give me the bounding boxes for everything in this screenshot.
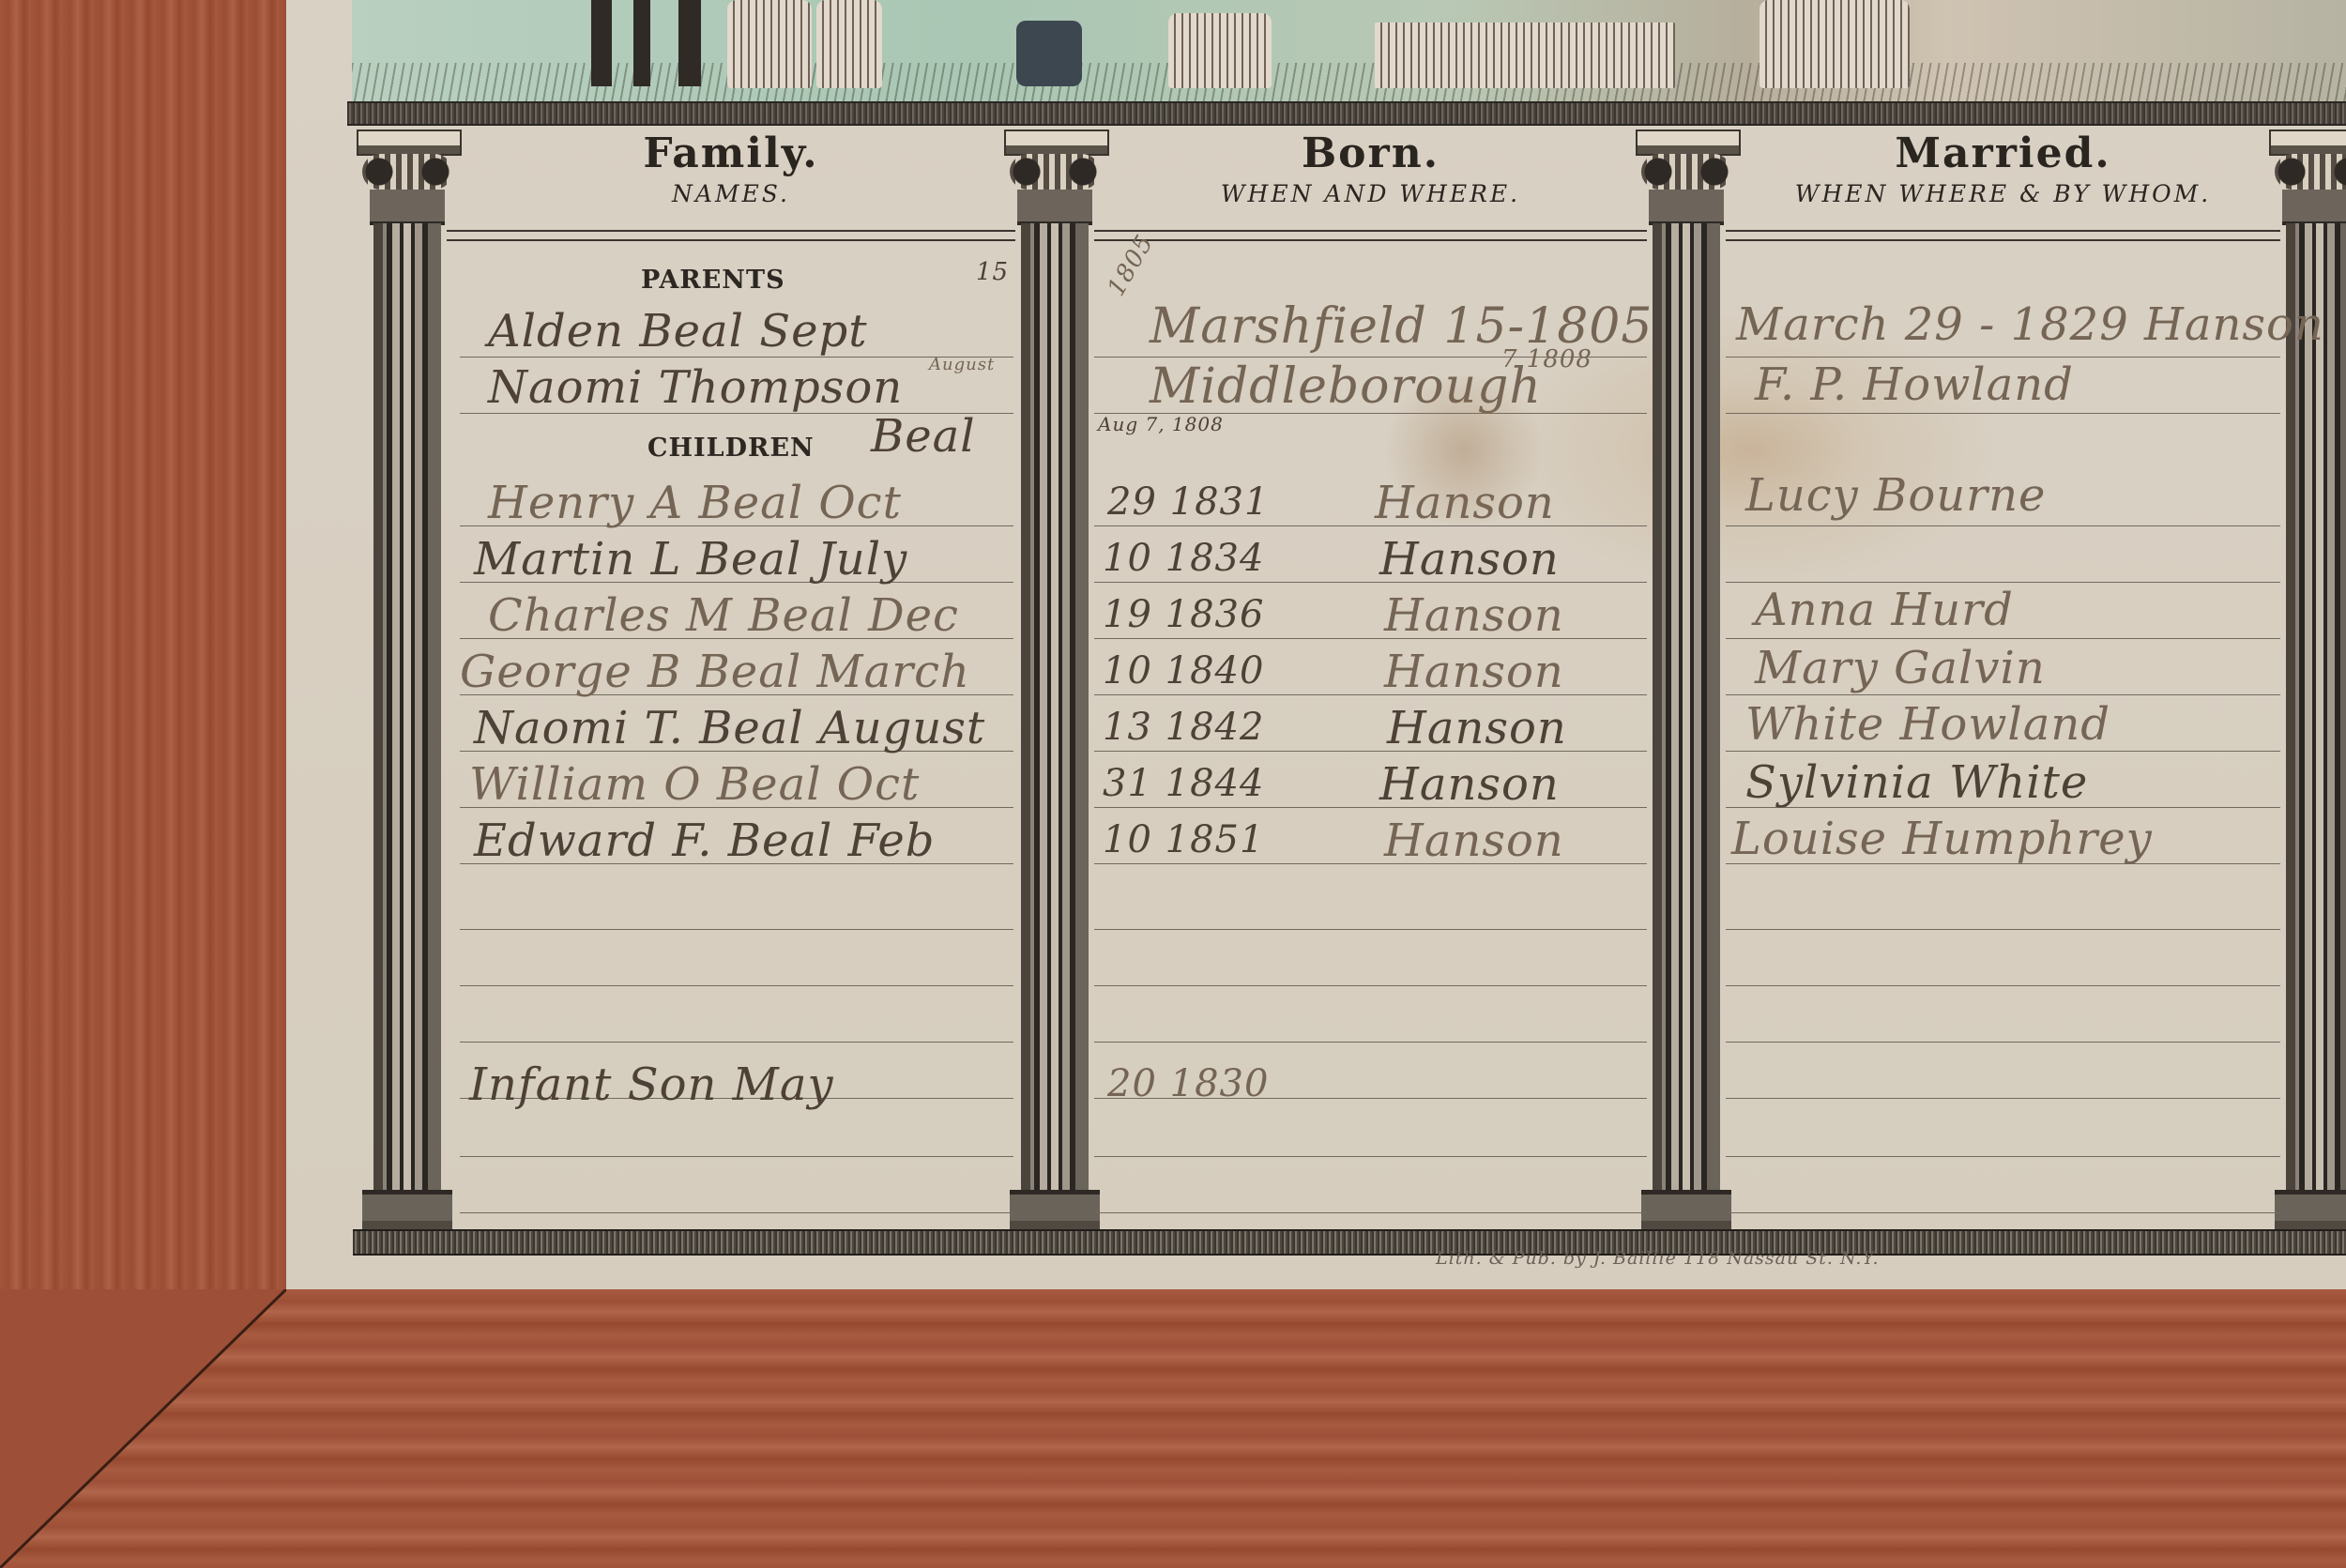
child-born-date: 19 1836 bbox=[1103, 593, 1264, 636]
illustration-frame-bar bbox=[347, 101, 2346, 126]
child-married: White Howland bbox=[1745, 698, 2110, 751]
illustration-figure-legs bbox=[633, 0, 650, 86]
parent-name: Alden Beal Sept bbox=[488, 305, 868, 358]
child-born-place: Hanson bbox=[1379, 533, 1560, 586]
pillar-1 bbox=[368, 129, 447, 1229]
born-extra-note: Aug 7, 1808 bbox=[1098, 413, 1224, 435]
illustration-dress bbox=[727, 0, 812, 88]
illustration-dress bbox=[1759, 0, 1910, 88]
child-name: George B Beal March bbox=[460, 646, 970, 698]
child-married: Mary Galvin bbox=[1755, 642, 2046, 694]
child-name: Edward F. Beal Feb bbox=[474, 814, 935, 867]
publisher-imprint: Lith. & Pub. by J. Baillie 118 Nassau St… bbox=[1436, 1248, 1880, 1269]
illustration-table bbox=[1375, 23, 1675, 88]
illustration-dress bbox=[816, 0, 882, 88]
illustration-seated-figure bbox=[1016, 21, 1082, 86]
parent-married: F. P. Howland bbox=[1755, 358, 2074, 411]
child-name: Martin L Beal July bbox=[474, 533, 907, 586]
ionic-capital-icon bbox=[1641, 154, 1731, 190]
illustration-dress bbox=[1168, 13, 1272, 88]
header-married-title: Married. bbox=[1726, 131, 2280, 176]
child-married: Lucy Bourne bbox=[1745, 469, 2046, 522]
child-married: Louise Humphrey bbox=[1731, 813, 2153, 865]
illustration-figure-legs bbox=[678, 0, 701, 86]
child-name: Henry A Beal Oct bbox=[488, 477, 902, 529]
parent-married: March 29 - 1829 Hanson bbox=[1736, 298, 2324, 351]
child-born-date: 10 1851 bbox=[1103, 818, 1264, 861]
infant-born-date: 20 1830 bbox=[1107, 1062, 1269, 1105]
illustration-grass bbox=[352, 63, 2346, 105]
header-rule bbox=[1094, 239, 1647, 241]
pillar-4 bbox=[2280, 129, 2346, 1229]
child-born-date: 10 1840 bbox=[1103, 649, 1264, 693]
parent-month-note: August bbox=[929, 355, 995, 374]
child-name: Charles M Beal Dec bbox=[488, 589, 959, 642]
ionic-capital-icon bbox=[362, 154, 452, 190]
child-born-date: 29 1831 bbox=[1107, 480, 1269, 524]
header-rule bbox=[1726, 239, 2280, 241]
child-born-place: Hanson bbox=[1384, 814, 1564, 867]
child-born-place: Hanson bbox=[1379, 758, 1560, 811]
parent-name: Naomi Thompson bbox=[488, 361, 903, 414]
header-married: Married. WHEN WHERE & BY WHOM. bbox=[1726, 131, 2280, 207]
children-label: CHILDREN bbox=[647, 434, 815, 463]
child-born-date: 13 1842 bbox=[1103, 706, 1264, 749]
pillar-base-bar bbox=[353, 1229, 2346, 1256]
child-born-place: Hanson bbox=[1387, 702, 1567, 754]
child-name: Naomi T. Beal August bbox=[474, 702, 985, 754]
pillar-2 bbox=[1015, 129, 1094, 1229]
children-surname-note: Beal bbox=[871, 410, 976, 463]
header-rule bbox=[447, 239, 1015, 241]
header-rule bbox=[447, 230, 1015, 232]
header-rule bbox=[1094, 230, 1647, 232]
ionic-capital-icon bbox=[1010, 154, 1100, 190]
child-married: Sylvinia White bbox=[1745, 756, 2088, 809]
ionic-capital-icon bbox=[2275, 154, 2346, 190]
parents-label: PARENTS bbox=[641, 266, 785, 295]
child-born-place: Hanson bbox=[1384, 589, 1564, 642]
header-family: Family. NAMES. bbox=[447, 131, 1015, 207]
parent-day-note: 15 bbox=[976, 258, 1009, 286]
header-family-subtitle: NAMES. bbox=[447, 180, 1015, 207]
illustration-figure-legs bbox=[591, 0, 612, 86]
parent-born-date-note: 7 1808 bbox=[1501, 345, 1592, 373]
illustration-band bbox=[352, 0, 2346, 105]
header-born-title: Born. bbox=[1094, 131, 1647, 176]
child-born-place: Hanson bbox=[1384, 646, 1564, 698]
child-born-date: 10 1834 bbox=[1103, 537, 1264, 580]
header-married-subtitle: WHEN WHERE & BY WHOM. bbox=[1726, 180, 2280, 207]
header-born-subtitle: WHEN AND WHERE. bbox=[1094, 180, 1647, 207]
pillar-3 bbox=[1647, 129, 1726, 1229]
child-name: William O Beal Oct bbox=[469, 758, 920, 811]
header-born: Born. WHEN AND WHERE. bbox=[1094, 131, 1647, 207]
header-rule bbox=[1726, 230, 2280, 232]
header-family-title: Family. bbox=[447, 131, 1015, 176]
child-born-date: 31 1844 bbox=[1103, 762, 1264, 805]
infant-name: Infant Son May bbox=[469, 1058, 834, 1111]
foxing-stain bbox=[1379, 375, 1548, 525]
frame-bottom-rail bbox=[0, 1289, 2346, 1568]
child-married: Anna Hurd bbox=[1755, 584, 2014, 636]
